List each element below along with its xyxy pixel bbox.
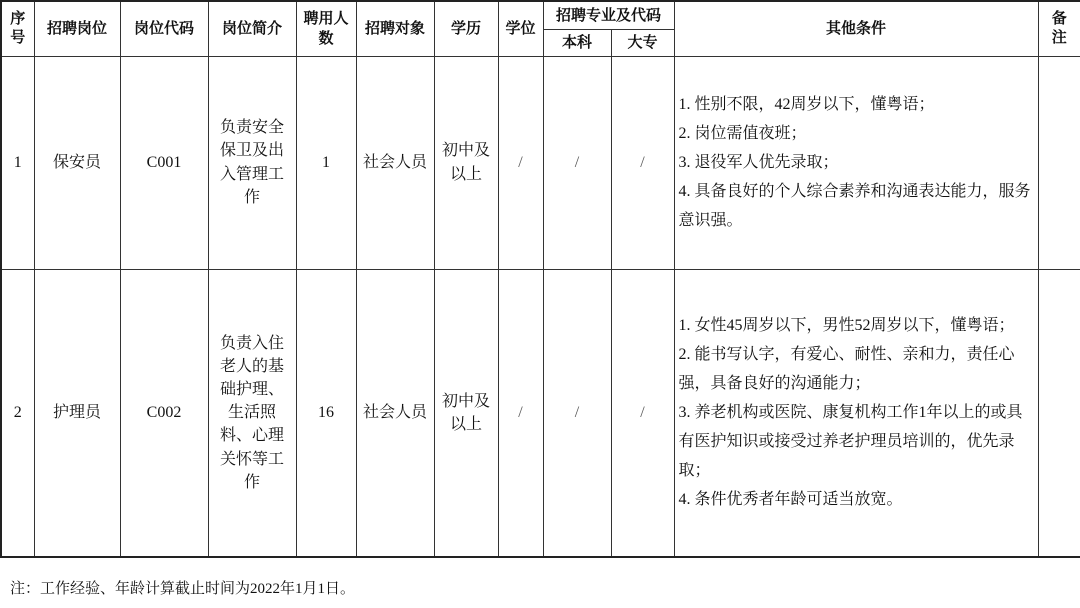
cell-education: 初中及以上 — [434, 56, 498, 269]
cell-major-college: / — [611, 56, 674, 269]
header-other-conditions: 其他条件 — [674, 1, 1038, 56]
header-remark-label: 备注 — [1051, 10, 1068, 48]
header-row-top: 序号 招聘岗位 岗位代码 岗位简介 聘用人数 招聘对象 学历 学位 招聘专业及代… — [1, 1, 1080, 29]
footnote: 注：工作经验、年龄计算截止时间为2022年1月1日。 — [10, 577, 1080, 598]
cell-major-undergrad: / — [543, 269, 611, 557]
cell-other-conditions: 1. 女性45周岁以下，男性52周岁以下，懂粤语； 2. 能书写认字，有爱心、耐… — [674, 269, 1038, 557]
header-major-college: 大专 — [611, 29, 674, 56]
cell-remark — [1038, 56, 1080, 269]
cell-education: 初中及以上 — [434, 269, 498, 557]
cell-target: 社会人员 — [356, 56, 434, 269]
condition-line: 2. 能书写认字，有爱心、耐性、亲和力，责任心强，具备良好的沟通能力； — [679, 340, 1034, 398]
cell-major-undergrad: / — [543, 56, 611, 269]
cell-intro: 负责安全保卫及出入管理工作 — [208, 56, 296, 269]
recruitment-table: 序号 招聘岗位 岗位代码 岗位简介 聘用人数 招聘对象 学历 学位 招聘专业及代… — [0, 0, 1080, 558]
recruitment-notice-page: 序号 招聘岗位 岗位代码 岗位简介 聘用人数 招聘对象 学历 学位 招聘专业及代… — [0, 0, 1080, 608]
cell-code: C002 — [120, 269, 208, 557]
cell-code: C001 — [120, 56, 208, 269]
header-count: 聘用人数 — [296, 1, 356, 56]
header-major-group: 招聘专业及代码 — [543, 1, 674, 29]
cell-degree: / — [498, 56, 543, 269]
cell-seq: 2 — [1, 269, 34, 557]
header-remark: 备注 — [1038, 1, 1080, 56]
header-target: 招聘对象 — [356, 1, 434, 56]
cell-major-college: / — [611, 269, 674, 557]
cell-position: 护理员 — [34, 269, 120, 557]
header-code: 岗位代码 — [120, 1, 208, 56]
header-education: 学历 — [434, 1, 498, 56]
condition-line: 2. 岗位需值夜班； — [679, 119, 1034, 148]
header-seq: 序号 — [1, 1, 34, 56]
header-degree: 学位 — [498, 1, 543, 56]
condition-line: 4. 具备良好的个人综合素养和沟通表达能力，服务意识强。 — [679, 177, 1034, 235]
header-seq-label: 序号 — [10, 10, 27, 48]
cell-degree: / — [498, 269, 543, 557]
table-row-1: 1 保安员 C001 负责安全保卫及出入管理工作 1 社会人员 初中及以上 / … — [1, 56, 1080, 269]
condition-line: 1. 性别不限，42周岁以下，懂粤语； — [679, 90, 1034, 119]
condition-line: 3. 养老机构或医院、康复机构工作1年以上的或具有医护知识或接受过养老护理员培训… — [679, 398, 1034, 485]
cell-target: 社会人员 — [356, 269, 434, 557]
header-major-undergrad: 本科 — [543, 29, 611, 56]
condition-line: 3. 退役军人优先录取； — [679, 148, 1034, 177]
cell-seq: 1 — [1, 56, 34, 269]
cell-intro: 负责入住老人的基础护理、生活照料、心理关怀等工作 — [208, 269, 296, 557]
condition-line: 4. 条件优秀者年龄可适当放宽。 — [679, 485, 1034, 514]
cell-count: 1 — [296, 56, 356, 269]
condition-line: 1. 女性45周岁以下，男性52周岁以下，懂粤语； — [679, 311, 1034, 340]
cell-count: 16 — [296, 269, 356, 557]
cell-position: 保安员 — [34, 56, 120, 269]
table-row-2: 2 护理员 C002 负责入住老人的基础护理、生活照料、心理关怀等工作 16 社… — [1, 269, 1080, 557]
cell-other-conditions: 1. 性别不限，42周岁以下，懂粤语； 2. 岗位需值夜班； 3. 退役军人优先… — [674, 56, 1038, 269]
header-position: 招聘岗位 — [34, 1, 120, 56]
cell-remark — [1038, 269, 1080, 557]
header-intro: 岗位简介 — [208, 1, 296, 56]
